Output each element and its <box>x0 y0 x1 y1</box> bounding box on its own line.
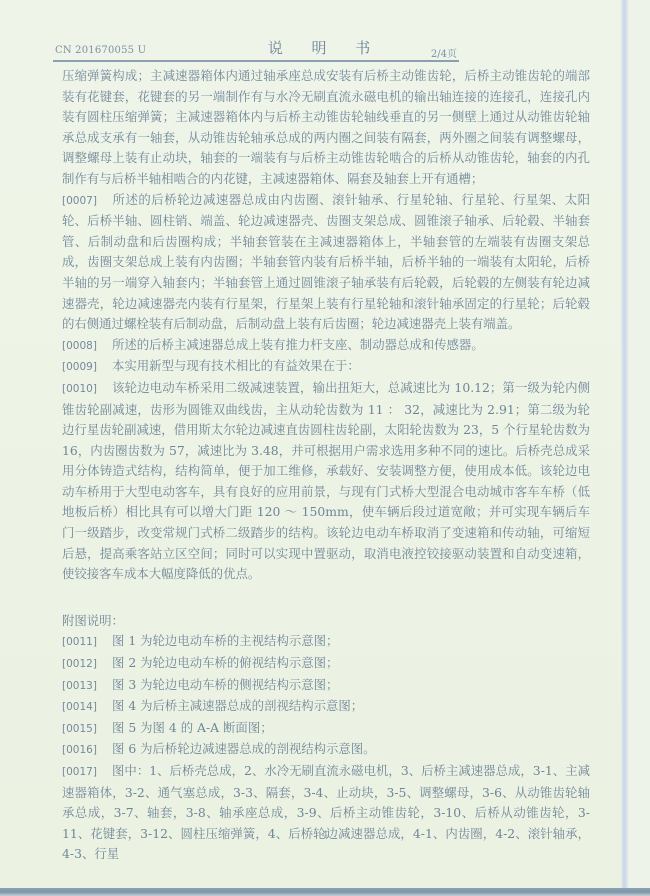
paragraph-0010: [0010]该轮边电动车桥采用二级减速装置，输出扭矩大，总减速比为 10.12；… <box>62 378 590 585</box>
paragraph-text: 本实用新型与现有技术相比的有益效果在于： <box>112 358 360 373</box>
figure-caption: 图 4 为后桥主减速器总成的剖视结构示意图； <box>112 698 363 713</box>
figure-item-0015: [0015]图 5 为图 4 的 A-A 断面图； <box>62 718 590 740</box>
document-page: CN 201670055 U 说 明 书 2/4页 压缩弹簧构成；主减速器箱体内… <box>0 0 650 896</box>
figure-item-0016: [0016]图 6 为后桥轮边减速器总成的剖视结构示意图。 <box>62 739 590 761</box>
paragraph-number: [0007] <box>62 191 112 212</box>
parts-list: 图中：1、后桥壳总成，2、水冷无刷直流永磁电机，3、后桥主减速器总成，3-1、主… <box>62 763 590 861</box>
page-count: 2/4页 <box>431 45 457 60</box>
paragraph-number: [0009] <box>62 357 112 378</box>
paragraph-number: [0010] <box>62 379 112 400</box>
figures-heading: 附图说明： <box>62 611 590 632</box>
figure-caption: 图 1 为轮边电动车桥的主视结构示意图； <box>112 633 338 648</box>
continuation-paragraph: 压缩弹簧构成；主减速器箱体内通过轴承座总成安装有后桥主动锥齿轮，后桥主动锥齿轮的… <box>62 66 590 190</box>
figure-caption: 图 2 为轮边电动车桥的俯视结构示意图； <box>112 655 338 670</box>
figure-caption: 图 5 为图 4 的 A-A 断面图； <box>112 720 273 735</box>
paragraph-0009: [0009]本实用新型与现有技术相比的有益效果在于： <box>62 356 590 378</box>
paragraph-number: [0017] <box>62 762 112 783</box>
figure-caption: 图 3 为轮边电动车桥的侧视结构示意图； <box>112 677 338 692</box>
paragraph-number: [0011] <box>62 632 112 653</box>
paragraph-number: [0008] <box>62 336 112 357</box>
figure-item-0017: [0017]图中：1、后桥壳总成，2、水冷无刷直流永磁电机，3、后桥主减速器总成… <box>62 761 590 865</box>
paragraph-number: [0013] <box>62 676 112 697</box>
paragraph-number: [0014] <box>62 697 112 718</box>
figure-caption: 图 6 为后桥轮边减速器总成的剖视结构示意图。 <box>112 741 376 756</box>
figure-item-0013: [0013]图 3 为轮边电动车桥的侧视结构示意图； <box>62 675 590 697</box>
paragraph-number: [0016] <box>62 740 112 761</box>
paragraph-number: [0012] <box>62 654 112 675</box>
figure-item-0012: [0012]图 2 为轮边电动车桥的俯视结构示意图； <box>62 653 590 675</box>
header-divider <box>53 60 459 62</box>
paragraph-0007: [0007]所述的后桥轮边减速器总成由内齿圈、滚针轴承、行星轮轴、行星轮、行星架… <box>62 190 590 335</box>
paragraph-number: [0015] <box>62 719 112 740</box>
scan-bottom-edge <box>0 888 650 896</box>
paragraph-0008: [0008]所述的后桥主减速器总成上装有推力杆支座、制动器总成和传感器。 <box>62 335 590 357</box>
paragraph-text: 该轮边电动车桥采用二级减速装置，输出扭矩大，总减速比为 10.12；第一级为轮内… <box>62 380 590 581</box>
page-number: 4 <box>0 830 650 841</box>
page-margin-strip <box>629 0 650 896</box>
page-edge-shadow <box>621 0 629 896</box>
paragraph-text: 所述的后桥主减速器总成上装有推力杆支座、制动器总成和传感器。 <box>112 337 484 352</box>
paragraph-text: 所述的后桥轮边减速器总成由内齿圈、滚针轴承、行星轮轴、行星轮、行星架、太阳轮、后… <box>62 192 590 332</box>
document-body: 压缩弹簧构成；主减速器箱体内通过轴承座总成安装有后桥主动锥齿轮，后桥主动锥齿轮的… <box>62 66 590 865</box>
figure-item-0014: [0014]图 4 为后桥主减速器总成的剖视结构示意图； <box>62 696 590 718</box>
figure-item-0011: [0011]图 1 为轮边电动车桥的主视结构示意图； <box>62 631 590 653</box>
document-title: 说 明 书 <box>0 37 650 58</box>
